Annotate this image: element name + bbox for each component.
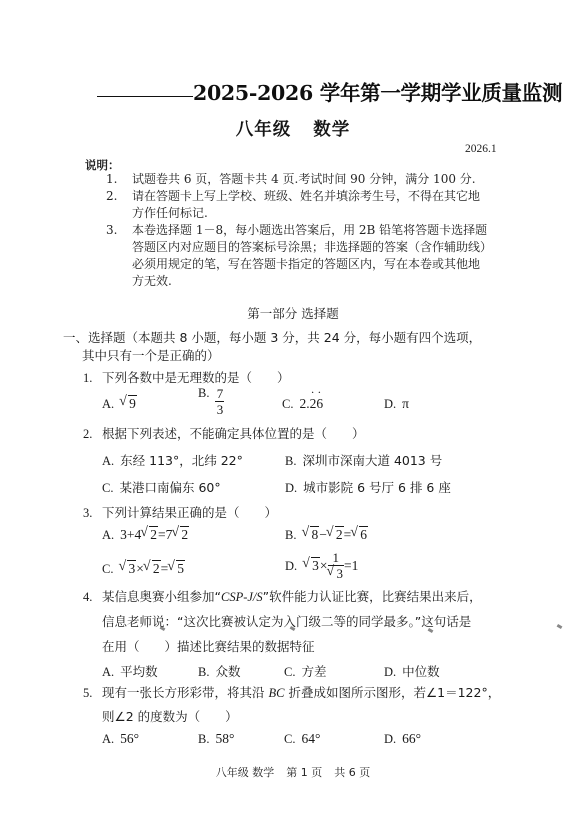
exam-title-text: 2025-2026 学年第一学期学业质量监测 <box>193 81 562 105</box>
math-expression: 3×13=1 <box>303 550 358 581</box>
question-number: 3. <box>83 506 102 521</box>
question-4: 4.某信息奥赛小组参加“CSP-J/S”软件能力认证比赛，比赛结果出来后， <box>83 587 482 605</box>
radicand: 2 <box>335 526 344 542</box>
q4-option-a[interactable]: A.平均数 <box>102 662 158 680</box>
radicand: 5 <box>176 560 185 576</box>
operator: =1 <box>344 558 358 574</box>
math-term: 3+4 <box>120 527 141 542</box>
option-label: B. <box>198 386 209 400</box>
instruction-text: 方无效. <box>106 273 492 290</box>
exam-title: 2025-2026 学年第一学期学业质量监测 <box>193 76 562 106</box>
option-text: 城市影院 6 号厅 6 排 6 座 <box>303 480 451 495</box>
option-label: C. <box>284 665 295 679</box>
q3-option-c[interactable]: C.3×2=5 <box>102 561 185 577</box>
question-stem: 现有一张长方形彩带，将其沿 <box>102 685 268 700</box>
instruction-text: 试题卷共 6 页，答题卡共 4 页.考试时间 90 分钟，满分 100 分. <box>132 172 476 186</box>
part-heading: 一、选择题（本题共 8 小题，每小题 3 分，共 24 分，每小题有四个选项， … <box>63 329 481 365</box>
footer-page-number: 第 1 页 <box>286 766 322 779</box>
option-text: 平均数 <box>120 664 158 679</box>
instruction-text: 方作任何标记. <box>106 205 480 222</box>
radicand: 2 <box>149 526 158 542</box>
option-text: 64° <box>301 731 320 746</box>
option-label: C. <box>102 481 113 495</box>
fraction: 13 <box>328 550 345 581</box>
radicand: 8 <box>310 526 319 542</box>
question-3: 3.下列计算结果正确的是（ ） <box>83 503 277 521</box>
q2-option-a[interactable]: A.东经 113°，北纬 22° <box>102 451 243 469</box>
q2-option-b[interactable]: B.深圳市深南大道 4013 号 <box>285 451 442 469</box>
pencil-mark <box>557 624 563 629</box>
footer-total-pages: 共 6 页 <box>334 766 370 779</box>
question-4-line-3: 在用（ ）描述比赛结果的数据特征 <box>102 637 315 655</box>
instruction-item-1: 1.试题卷共 6 页，答题卡共 4 页.考试时间 90 分钟，满分 100 分. <box>106 171 476 188</box>
math-expression: 8−2=6 <box>302 527 368 542</box>
option-text: 中位数 <box>402 664 440 679</box>
exam-date: 2026.1 <box>465 143 497 155</box>
q3-option-a[interactable]: A.3+42=72 <box>102 527 189 543</box>
q3-option-d[interactable]: D.3×13=1 <box>285 550 358 581</box>
decimal-prefix: 2. <box>299 396 309 411</box>
option-label: A. <box>102 665 114 679</box>
option-label: C. <box>282 397 293 411</box>
numerator: 7 <box>217 386 224 401</box>
instruction-number: 3. <box>106 222 132 239</box>
question-stem: 下列计算结果正确的是（ ） <box>102 505 277 520</box>
question-5-line-2: 则∠2 的度数为（ ） <box>102 707 238 725</box>
radicand: 2 <box>152 560 161 576</box>
q4-option-d[interactable]: D.中位数 <box>384 662 440 680</box>
math-expression: 3×2=5 <box>119 561 185 576</box>
q4-option-b[interactable]: B.众数 <box>198 662 240 680</box>
question-stem-italic: CSP-J/S <box>221 590 263 604</box>
instruction-text: 请在答题卡上写上学校、班级、姓名并填涂考生号，不得在其它地 <box>132 189 480 203</box>
numerator: 1 <box>333 550 340 565</box>
radicand: 3 <box>336 565 345 581</box>
q5-option-c[interactable]: C.64° <box>284 731 320 747</box>
sqrt-expression: 9 <box>120 396 137 412</box>
q1-option-c[interactable]: C.2.26 <box>282 396 323 412</box>
page-footer: 八年级 数学第 1 页共 6 页 <box>0 764 586 780</box>
option-label: D. <box>285 481 297 495</box>
q1-option-d[interactable]: D.π <box>384 396 409 412</box>
school-name-blank <box>97 96 193 97</box>
q2-option-c[interactable]: C.某港口南偏东 60° <box>102 478 221 496</box>
option-text: 方差 <box>301 664 326 679</box>
option-label: B. <box>198 665 209 679</box>
option-label: A. <box>102 528 114 542</box>
question-stem: 根据下列表述，不能确定具体位置的是（ ） <box>102 426 365 441</box>
question-number: 2. <box>83 427 102 442</box>
math-term: =7 <box>158 527 172 542</box>
question-number: 5. <box>83 686 102 701</box>
instruction-number: 1. <box>106 171 132 188</box>
question-5: 5.现有一张长方形彩带，将其沿 BC 折叠成如图所示图形，若∠1＝122°， <box>83 683 500 701</box>
instruction-item-2: 2.请在答题卡上写上学校、班级、姓名并填涂考生号，不得在其它地 方作任何标记. <box>106 188 480 222</box>
question-2: 2.根据下列表述，不能确定具体位置的是（ ） <box>83 424 365 442</box>
option-text: 58° <box>215 731 234 746</box>
instruction-text: 必须用规定的笔，写在答题卡指定的答题区内，写在本卷或其他地 <box>106 256 492 273</box>
instruction-text: 答题区内对应题目的答案标号涂黑；非选择题的答案（含作辅助线） <box>106 239 492 256</box>
instruction-item-3: 3.本卷选择题 1－8，每小题选出答案后，用 2B 铅笔将答题卡选择题 答题区内… <box>106 222 492 290</box>
option-label: C. <box>102 562 113 576</box>
pi-symbol: π <box>402 396 409 411</box>
repeating-decimal: 2.26 <box>299 396 323 411</box>
question-4-line-2: 信息老师说：“这次比赛被认定为入门级二等的同学最多。”这句话是 <box>102 612 471 630</box>
option-label: B. <box>285 528 296 542</box>
option-text: 深圳市深南大道 4013 号 <box>302 453 442 468</box>
radicand: 3 <box>311 557 320 573</box>
option-text: 66° <box>402 731 421 746</box>
question-number: 4. <box>83 590 102 605</box>
math-expression: 3+42=72 <box>120 527 189 542</box>
question-number: 1. <box>83 371 102 386</box>
option-label: B. <box>285 454 296 468</box>
subject-label: 数学 <box>313 120 350 140</box>
option-label: D. <box>285 559 297 573</box>
option-label: A. <box>102 397 114 411</box>
q2-option-d[interactable]: D.城市影院 6 号厅 6 排 6 座 <box>285 478 451 496</box>
radicand: 9 <box>128 395 137 411</box>
radicand: 2 <box>180 526 189 542</box>
question-1: 1.下列各数中是无理数的是（ ） <box>83 368 290 386</box>
grade-label: 八年级 <box>236 120 292 140</box>
option-label: C. <box>284 732 295 746</box>
question-stem: 某信息奥赛小组参加“ <box>102 589 221 604</box>
q1-option-b[interactable]: B.73 <box>198 386 224 417</box>
option-text: 众数 <box>215 664 240 679</box>
denominator: 3 <box>217 402 224 417</box>
question-stem: 折叠成如图所示图形，若∠1＝122°， <box>284 685 500 700</box>
q5-option-b[interactable]: B.58° <box>198 731 234 747</box>
part-heading-line: 一、选择题（本题共 8 小题，每小题 3 分，共 24 分，每小题有四个选项， <box>63 330 481 345</box>
q1-option-a[interactable]: A.9 <box>102 396 137 412</box>
q4-option-c[interactable]: C.方差 <box>284 662 326 680</box>
option-text: 56° <box>120 731 139 746</box>
section-title: 第一部分 选择题 <box>0 304 586 322</box>
question-stem-italic: BC <box>268 686 284 700</box>
option-label: A. <box>102 732 114 746</box>
q5-option-a[interactable]: A.56° <box>102 731 139 747</box>
q5-option-d[interactable]: D.66° <box>384 731 421 747</box>
option-label: D. <box>384 397 396 411</box>
exam-subtitle: 八年级数学 <box>0 116 586 141</box>
radicand: 6 <box>359 526 368 542</box>
repeating-digit: 6 <box>316 396 323 411</box>
part-heading-line: 其中只有一个是正确的） <box>63 347 481 365</box>
footer-subject: 八年级 数学 <box>216 766 275 779</box>
radicand: 3 <box>127 560 136 576</box>
instruction-number: 2. <box>106 188 132 205</box>
fraction: 73 <box>215 386 224 417</box>
q3-option-b[interactable]: B.8−2=6 <box>285 527 368 543</box>
option-label: B. <box>198 732 209 746</box>
option-label: D. <box>384 732 396 746</box>
option-label: A. <box>102 454 114 468</box>
option-text: 东经 113°，北纬 22° <box>120 453 243 468</box>
option-label: D. <box>384 665 396 679</box>
instruction-text: 本卷选择题 1－8，每小题选出答案后，用 2B 铅笔将答题卡选择题 <box>132 223 487 237</box>
option-text: 某港口南偏东 60° <box>119 480 220 495</box>
question-stem: ”软件能力认证比赛，比赛结果出来后， <box>263 589 482 604</box>
question-stem: 下列各数中是无理数的是（ ） <box>102 370 290 385</box>
